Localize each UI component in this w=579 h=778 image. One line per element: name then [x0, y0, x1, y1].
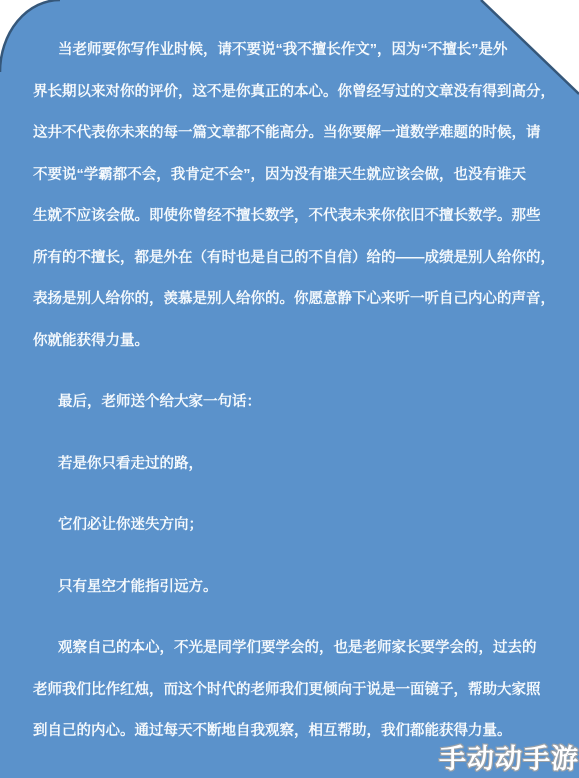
paragraph-2: 最后，老师送个给大家一句话：	[33, 382, 557, 424]
document-body: 当老师要你写作业时候，请不要说“我不擅长作文”，因为“不擅长”是外 界长期以来对…	[33, 30, 557, 773]
paragraph-1: 当老师要你写作业时候，请不要说“我不擅长作文”，因为“不擅长”是外 界长期以来对…	[33, 30, 557, 362]
closing-paragraph: 观察自己的本心，不光是同学们要学会的，也是老师家长要学会的，过去的 老师我们比作…	[33, 628, 557, 753]
slide: 当老师要你写作业时候，请不要说“我不擅长作文”，因为“不擅长”是外 界长期以来对…	[0, 0, 579, 778]
watermark: 手动动手游	[439, 737, 579, 776]
poem-line-1: 若是你只看走过的路，	[33, 444, 557, 486]
poem-line-3: 只有星空才能指引远方。	[33, 567, 557, 609]
poem-line-2: 它们必让你迷失方向；	[33, 505, 557, 547]
